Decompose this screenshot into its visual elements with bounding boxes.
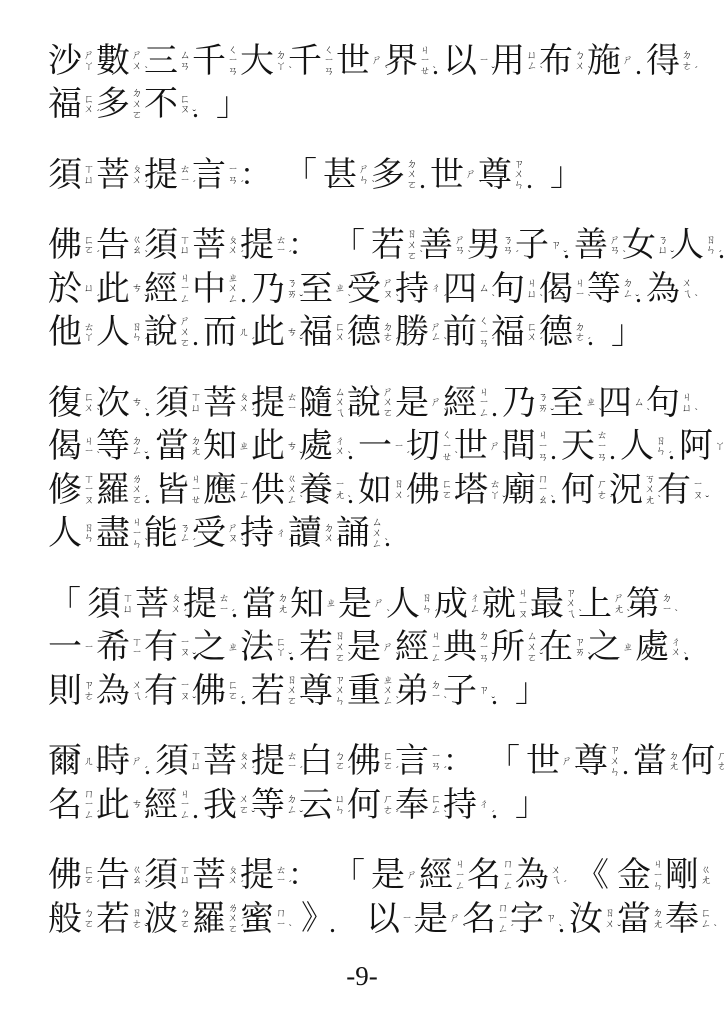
han-character: 上	[578, 588, 612, 622]
zhuyin-symbol: ㄟ	[132, 692, 143, 703]
zhuyin-symbol: ㄥ	[431, 333, 442, 344]
zhuyin-symbol: ㄥ	[180, 811, 191, 822]
zhuyin-annotation: ㄋㄢˊ	[502, 225, 514, 267]
zhuyin-annotation: ㄧㄡˇ	[179, 627, 191, 669]
han-character: 人	[48, 517, 82, 551]
ruby-char: 多ㄉㄨㄛ	[96, 84, 143, 126]
zhuyin-symbol: ㄛ	[527, 654, 538, 665]
zhuyin-symbol: ㄥ	[287, 496, 298, 507]
zhuyin-annotation: ㄊㄧˊ	[218, 584, 230, 626]
ruby-char: 佛ㄈㄛˊ	[192, 671, 239, 713]
tone-mark: ˇ	[251, 810, 255, 821]
ruby-char: 波ㄅㄛ	[144, 899, 191, 941]
ruby-char: 千ㄑㄧㄢ	[192, 41, 239, 83]
tone-mark: ˇ	[299, 451, 303, 462]
tone-mark: ˋ	[587, 294, 591, 305]
zhuyin-symbol: ㄧ	[431, 643, 442, 654]
zhuyin-annotation: ㄒㄩ	[190, 383, 202, 425]
zhuyin-annotation: ㄕㄡˋ	[227, 513, 239, 555]
zhuyin-annotation: ㄨㄟˊ	[131, 671, 143, 713]
han-character: 處	[299, 430, 333, 464]
han-character: 福	[299, 316, 333, 350]
zhuyin-annotation: ㄇㄧㄥˊ	[502, 855, 514, 897]
paragraph: 沙ㄕㄚ數ㄕㄨˋ三ㄙㄢ千ㄑㄧㄢ大ㄉㄚˋ千ㄑㄧㄢ世ㄕˋ界ㄐㄧㄝˋ.以ㄧˇ用ㄩㄥˋ布ㄅ…	[48, 40, 696, 127]
tone-mark: ˇ	[491, 696, 495, 707]
tone-mark: ˊ	[395, 766, 399, 777]
zhuyin-annotation: ㄗˇ	[550, 225, 562, 267]
zhuyin-symbol: ㄝ	[191, 496, 202, 507]
zhuyin-symbol: ㄟ	[551, 876, 562, 887]
ruby-char: 數ㄕㄨˋ	[96, 41, 143, 83]
zhuyin-annotation: ㄕˋ	[373, 584, 385, 626]
zhuyin-annotation: ㄐㄧㄝˋ	[419, 41, 431, 83]
ruby-char: 羅ㄌㄨㄛˊ	[192, 899, 239, 941]
ruby-char: 偈ㄐㄧˋ	[539, 269, 586, 311]
zhuyin-symbol: ㄤ	[653, 920, 664, 931]
zhuyin-symbol: ㄨ	[372, 529, 383, 540]
zhuyin-annotation: ㄧㄢˊ	[430, 741, 442, 783]
han-character: 之	[192, 631, 226, 665]
zhuyin-annotation: ㄗㄨㄣ	[513, 155, 525, 197]
ruby-char: 有ㄧㄡˇ	[144, 627, 191, 669]
zhuyin-symbol: ㄚ	[84, 62, 95, 73]
zhuyin-symbol: ㄤ	[278, 605, 289, 616]
ruby-char: 經ㄐㄧㄥ	[144, 269, 191, 311]
zhuyin-symbol: ㄥ	[372, 540, 383, 551]
zhuyin-annotation: ㄗㄨㄣ	[334, 671, 346, 713]
han-character: 波	[144, 903, 178, 937]
zhuyin-annotation: ㄗㄜˊ	[83, 671, 95, 713]
han-character: 重	[347, 675, 381, 709]
tone-mark: ˇ	[144, 451, 148, 462]
zhuyin-symbol: ㄨ	[228, 876, 239, 887]
zhuyin-symbol: ㄨ	[132, 100, 143, 111]
tone-mark: ˇ	[192, 109, 196, 120]
ruby-char: 提ㄊㄧˊ	[251, 741, 298, 783]
zhuyin-symbol: ㄛ	[132, 111, 143, 122]
zhuyin-annotation: ㄧㄡˇ	[179, 671, 191, 713]
han-character: 等	[251, 789, 285, 823]
zhuyin-symbol: ㄠ	[132, 246, 143, 257]
tone-mark: ˊ	[510, 924, 514, 935]
zhuyin-annotation: ㄏㄜˊ	[596, 470, 608, 512]
zhuyin-symbol: ㄓ	[335, 284, 346, 295]
zhuyin-symbol: ㄙ	[479, 284, 490, 295]
han-character: 汝	[569, 903, 603, 937]
han-character: 告	[96, 229, 130, 263]
han-character: 乃	[502, 387, 536, 421]
zhuyin-symbol: ㄧ	[394, 442, 405, 453]
zhuyin-annotation: ㄕˋ	[382, 627, 394, 669]
ruby-char: 提ㄊㄧˊ	[240, 855, 287, 897]
ruby-char: 人ㄖㄣˊ	[96, 312, 143, 354]
zhuyin-symbol: ㄣ	[656, 447, 667, 458]
zhuyin-symbol: ㄞ	[538, 404, 549, 415]
han-character: 佛	[48, 859, 82, 893]
zhuyin-annotation: ㄉㄥˇ	[622, 269, 634, 311]
zhuyin-symbol: ㄧ	[455, 871, 466, 882]
zhuyin-annotation: ㄧㄡˇ	[692, 470, 704, 512]
ruby-char: 若ㄖㄨㄛˋ	[251, 671, 298, 713]
zhuyin-symbol: ㄣ	[84, 534, 95, 545]
zhuyin-annotation: ㄓㄨㄥ	[227, 269, 239, 311]
zhuyin-annotation: ㄎㄨㄤˋ	[644, 470, 656, 512]
han-character: 德	[347, 316, 381, 350]
zhuyin-symbol: ㄩ	[180, 246, 191, 257]
tone-mark: ˋ	[419, 880, 423, 891]
zhuyin-symbol: ㄛ	[180, 339, 191, 350]
han-character: 善	[419, 229, 453, 263]
zhuyin-annotation: ㄑㄧㄝˋ	[441, 426, 453, 468]
zhuyin-symbol: ㄛ	[335, 762, 346, 773]
tone-mark: ˊ	[406, 451, 410, 462]
han-character: 勝	[395, 316, 429, 350]
ruby-char: 是ㄕˋ	[371, 855, 418, 897]
tone-mark: ˊ	[288, 538, 292, 549]
zhuyin-symbol: ㄛ	[180, 920, 191, 931]
zhuyin-symbol: ㄥ	[180, 295, 191, 306]
zhuyin-annotation: ㄨㄛˇ	[238, 785, 250, 827]
zhuyin-symbol: ㄛ	[84, 876, 95, 887]
ruby-char: 則ㄗㄜˊ	[48, 671, 95, 713]
zhuyin-annotation: ㄊㄧˊ	[286, 383, 298, 425]
text-line: 爾ㄦˇ時ㄕˊ.須ㄒㄩ菩ㄆㄨˊ提ㄊㄧˊ白ㄅㄛˊ佛ㄈㄛˊ言ㄧㄢˊ：「世ㄕˋ尊ㄗㄨㄣ.…	[48, 741, 696, 785]
ruby-char: 當ㄉㄤ	[242, 584, 289, 626]
zhuyin-annotation: ㄖㄣˊ	[421, 584, 433, 626]
zhuyin-symbol: ㄞ	[575, 648, 586, 659]
ruby-char: 男ㄋㄢˊ	[467, 225, 514, 267]
tone-mark: ˊ	[406, 495, 410, 506]
zhuyin-symbol: ㄜ	[717, 762, 724, 773]
tone-mark: ˋ	[384, 538, 388, 549]
han-character: 成	[434, 588, 468, 622]
zhuyin-annotation: ㄉㄨˊ	[323, 513, 335, 555]
han-character: 是	[371, 859, 405, 893]
han-character: 最	[530, 588, 564, 622]
han-character: 誦	[336, 517, 370, 551]
ruby-char: 弟ㄉㄧˋ	[395, 671, 442, 713]
han-character: 菩	[203, 745, 237, 779]
ruby-char: 能ㄋㄥˊ	[144, 513, 191, 555]
han-character: 得	[646, 45, 680, 79]
tone-mark: ˊ	[539, 337, 543, 348]
zhuyin-annotation: ㄊㄧˊ	[286, 741, 298, 783]
zhuyin-annotation: ㄕㄥˋ	[430, 312, 442, 354]
zhuyin-symbol: ㄧ	[287, 762, 298, 773]
han-character: 之	[587, 631, 621, 665]
tone-mark: ˋ	[646, 408, 650, 419]
zhuyin-symbol: ㄛ	[228, 692, 239, 703]
ruby-char: 阿ㄚ	[679, 426, 724, 468]
ruby-char: 佛ㄈㄛˊ	[48, 225, 95, 267]
ruby-char: 希ㄒㄧ	[96, 627, 143, 669]
zhuyin-annotation: ㄈㄨˊ	[334, 312, 346, 354]
punctuation-period: .	[192, 796, 203, 828]
tone-mark: ˇ	[539, 652, 543, 663]
ruby-char: 如ㄖㄨˊ	[358, 470, 405, 512]
zhuyin-symbol: ㄛ	[287, 697, 298, 708]
zhuyin-symbol: ㄩ	[191, 762, 202, 773]
zhuyin-symbol: ㄘ	[287, 328, 298, 339]
han-character: 男	[467, 229, 501, 263]
han-character: 福	[48, 88, 82, 122]
zhuyin-symbol: ㄥ	[431, 654, 442, 665]
tone-mark: ˋ	[144, 250, 148, 261]
ruby-char: 是ㄕˋ	[395, 383, 442, 425]
han-character: 當	[242, 588, 276, 622]
tone-mark: ˊ	[395, 810, 399, 821]
han-character: 法	[240, 631, 274, 665]
tone-mark: ˋ	[288, 66, 292, 77]
text-line: 般ㄅㄛ若ㄖㄜˇ波ㄅㄛ羅ㄌㄨㄛˊ蜜ㄇㄧˋ》.以ㄧˇ是ㄕˋ名ㄇㄧㄥˊ字ㄗˋ.汝ㄖㄨˇ…	[48, 898, 696, 942]
ruby-char: 廟ㄇㄧㄠˋ	[502, 470, 549, 512]
zhuyin-annotation: ㄋㄥˊ	[179, 513, 191, 555]
zhuyin-symbol: ㄥ	[239, 491, 250, 502]
zhuyin-symbol: ㄔ	[276, 529, 287, 540]
zhuyin-symbol: ㄢ	[503, 246, 514, 257]
han-character: 況	[609, 474, 643, 508]
han-character: 須	[144, 859, 178, 893]
zhuyin-annotation: ㄏㄜˊ	[716, 741, 724, 783]
han-character: 布	[539, 45, 573, 79]
ruby-char: 為ㄨㄟˊ	[96, 671, 143, 713]
zhuyin-symbol: ㄢ	[538, 453, 549, 464]
tone-mark: ˇ	[670, 250, 674, 261]
zhuyin-annotation: ㄦˇ	[83, 741, 95, 783]
zhuyin-symbol: ㄜ	[383, 806, 394, 817]
ruby-char: 當ㄉㄤ	[617, 899, 664, 941]
zhuyin-symbol: ㄢ	[479, 654, 490, 665]
zhuyin-symbol: ㄚ	[490, 491, 501, 502]
tone-mark: ˊ	[694, 66, 698, 77]
zhuyin-annotation: ㄗㄞˋ	[574, 627, 586, 669]
ruby-char: 須ㄒㄩ	[87, 584, 134, 626]
ruby-char: 之ㄓ	[587, 627, 634, 669]
han-character: 在	[539, 631, 573, 665]
tone-mark: ˋ	[674, 609, 678, 620]
ruby-char: 之ㄓ	[192, 627, 239, 669]
tone-mark: ˊ	[454, 495, 458, 506]
ruby-char: 成ㄔㄥˊ	[434, 584, 481, 626]
zhuyin-annotation: ㄖㄣˊ	[655, 426, 667, 468]
ruby-char: 有ㄧㄡˇ	[144, 671, 191, 713]
zhuyin-annotation: ㄒㄩ	[179, 855, 191, 897]
han-character: 切	[406, 430, 440, 464]
zhuyin-annotation: ㄉㄧˋ	[430, 671, 442, 713]
ruby-char: 何ㄏㄜˊ	[347, 785, 394, 827]
zhuyin-annotation: ㄔˊ	[478, 785, 490, 827]
ruby-char: 若ㄖㄨㄛˋ	[371, 225, 418, 267]
han-character: 盡	[96, 517, 130, 551]
zhuyin-symbol: ㄕ	[490, 442, 501, 453]
han-character: 提	[251, 745, 285, 779]
han-character: 子	[515, 229, 549, 263]
zhuyin-symbol: ㄨ	[84, 404, 95, 415]
tone-mark: ˋ	[491, 294, 495, 305]
zhuyin-symbol: ㄛ	[239, 806, 250, 817]
zhuyin-annotation: ㄈㄨˋ	[83, 383, 95, 425]
zhuyin-annotation: ㄖㄨˇ	[604, 899, 616, 941]
ruby-char: 於ㄩˊ	[48, 269, 95, 311]
zhuyin-annotation: ㄕˋ	[489, 426, 501, 468]
zhuyin-annotation: ㄋㄞˇ	[537, 383, 549, 425]
han-character: 而	[203, 316, 237, 350]
tone-mark: ˇ	[299, 294, 303, 305]
han-character: 復	[48, 387, 82, 421]
quote-open-bracket: 「	[48, 588, 74, 621]
zhuyin-symbol: ㄨ	[605, 920, 616, 931]
han-character: 希	[96, 631, 130, 665]
zhuyin-annotation: ㄖㄜˇ	[131, 899, 143, 941]
ruby-char: 養ㄧㄤˋ	[299, 470, 346, 512]
ruby-char: 等ㄉㄥˇ	[96, 426, 143, 468]
punctuation-period: .	[491, 394, 502, 426]
zhuyin-annotation: ㄖㄣˊ	[705, 225, 717, 267]
ruby-char: 福ㄈㄨˊ	[491, 312, 538, 354]
han-character: 德	[539, 316, 573, 350]
ruby-char: 名ㄇㄧㄥˊ	[467, 855, 514, 897]
han-character: 多	[96, 88, 130, 122]
han-character: 須	[155, 745, 189, 779]
page-number: -9-	[0, 960, 724, 992]
han-character: 說	[144, 316, 178, 350]
ruby-char: 菩ㄆㄨˊ	[192, 855, 239, 897]
zhuyin-symbol: ㄦ	[84, 757, 95, 768]
punctuation-period: .	[192, 323, 203, 355]
han-character: 是	[347, 631, 381, 665]
ruby-char: 當ㄉㄤ	[155, 426, 202, 468]
han-character: 善	[574, 229, 608, 263]
ruby-char: 間ㄐㄧㄢ	[502, 426, 549, 468]
ruby-char: 云ㄩㄣˊ	[299, 785, 346, 827]
zhuyin-annotation: ㄅㄛˊ	[334, 741, 346, 783]
punctuation-period: .	[329, 910, 340, 942]
ruby-char: 須ㄒㄩ	[144, 855, 191, 897]
tone-mark: ˋ	[622, 250, 626, 261]
zhuyin-symbol: ㄧ	[442, 442, 453, 453]
tone-mark: ˋ	[144, 66, 148, 77]
han-character: 為	[646, 273, 680, 307]
ruby-char: 塔ㄊㄚˇ	[454, 470, 501, 512]
zhuyin-symbol: ㄝ	[442, 453, 453, 464]
han-character: 沙	[48, 45, 82, 79]
zhuyin-symbol: ㄚ	[276, 62, 287, 73]
zhuyin-annotation: ㄕㄣˋ	[358, 155, 370, 197]
zhuyin-annotation: ㄅㄛ	[179, 899, 191, 941]
tone-mark: ˋ	[443, 408, 447, 419]
zhuyin-symbol: ㄢ	[228, 176, 239, 187]
zhuyin-annotation: ㄙㄨㄥˋ	[371, 513, 383, 555]
zhuyin-symbol: ㄡ	[693, 491, 704, 502]
zhuyin-symbol: ㄤ	[645, 496, 656, 507]
ruby-char: 以ㄧˇ	[366, 899, 413, 941]
ruby-char: 甚ㄕㄣˋ	[323, 155, 370, 197]
zhuyin-symbol: ㄨ	[407, 241, 418, 252]
zhuyin-symbol: ㄚ	[84, 333, 95, 344]
han-character: 多	[371, 159, 405, 193]
zhuyin-annotation: ㄇㄧㄠˋ	[537, 470, 549, 512]
zhuyin-annotation: ㄖㄨㄛˋ	[406, 225, 418, 267]
zhuyin-annotation: ㄓ	[238, 426, 250, 468]
zhuyin-annotation: ㄕㄨㄛ	[382, 383, 394, 425]
zhuyin-symbol: ㄢ	[597, 453, 608, 464]
han-character: 乃	[251, 273, 285, 307]
tone-mark: ˋ	[419, 250, 423, 261]
han-character: 子	[443, 675, 477, 709]
han-character: 則	[48, 675, 82, 709]
zhuyin-annotation: ㄧ	[83, 627, 95, 669]
ruby-char: 乃ㄋㄞˇ	[251, 269, 298, 311]
zhuyin-symbol: ㄞ	[287, 290, 298, 301]
ruby-char: 是ㄕˋ	[414, 899, 461, 941]
zhuyin-symbol: ㄡ	[180, 692, 191, 703]
zhuyin-annotation: ㄘˇ	[131, 785, 143, 827]
ruby-char: 天ㄊㄧㄢ	[561, 426, 608, 468]
zhuyin-annotation: ㄗㄨㄣ	[609, 741, 621, 783]
zhuyin-annotation: ㄊㄧㄢ	[596, 426, 608, 468]
ruby-char: 汝ㄖㄨˇ	[569, 899, 616, 941]
zhuyin-symbol: ㄧ	[479, 643, 490, 654]
ruby-char: 須ㄒㄩ	[144, 225, 191, 267]
tone-mark: ˊ	[299, 408, 303, 419]
zhuyin-annotation: ㄈㄥˋ	[430, 785, 442, 827]
tone-mark: ˊ	[443, 294, 447, 305]
ruby-char: 須ㄒㄩ	[155, 383, 202, 425]
zhuyin-annotation: ㄉㄜˊ	[574, 312, 586, 354]
text-line: 復ㄈㄨˋ次ㄘˋ.須ㄒㄩ菩ㄆㄨˊ提ㄊㄧˊ隨ㄙㄨㄟˊ說ㄕㄨㄛ是ㄕˋ經ㄐㄧㄥ.乃ㄋㄞˇ…	[48, 382, 696, 426]
tone-mark: ˇ	[144, 924, 148, 935]
ruby-char: 前ㄑㄧㄢˊ	[443, 312, 490, 354]
han-character: 是	[414, 903, 448, 937]
tone-mark: ˊ	[240, 924, 244, 935]
zhuyin-symbol: ㄢ	[228, 67, 239, 78]
zhuyin-symbol: ㄢ	[610, 246, 621, 257]
tone-mark: ˋ	[347, 652, 351, 663]
tone-mark: ˋ	[478, 180, 482, 191]
zhuyin-annotation: ㄐㄧㄡˋ	[517, 584, 529, 626]
zhuyin-symbol: ㄨ	[239, 404, 250, 415]
zhuyin-symbol: ㄥ	[383, 697, 394, 708]
zhuyin-symbol: ㄟ	[335, 409, 346, 420]
han-character: 字	[510, 903, 544, 937]
zhuyin-symbol: ㄨ	[527, 333, 538, 344]
zhuyin-symbol: ㄧ	[402, 914, 413, 925]
text-line: 人ㄖㄣˊ盡ㄐㄧㄣˋ能ㄋㄥˊ受ㄕㄡˋ持ㄔˊ讀ㄉㄨˊ誦ㄙㄨㄥˋ.	[48, 513, 696, 557]
tone-mark: ˋ	[386, 609, 390, 620]
zhuyin-symbol: ㄕ	[372, 56, 383, 67]
zhuyin-symbol: ㄡ	[180, 648, 191, 659]
zhuyin-symbol: ㄥ	[527, 62, 538, 73]
ruby-char: 名ㄇㄧㄥˊ	[48, 785, 95, 827]
zhuyin-symbol: ㄥ	[479, 409, 490, 420]
ruby-char: 女ㄋㄩˇ	[622, 225, 669, 267]
ruby-char: 隨ㄙㄨㄟˊ	[299, 383, 346, 425]
zhuyin-symbol: ㄟ	[682, 290, 693, 301]
zhuyin-symbol: ㄕ	[623, 56, 634, 67]
zhuyin-annotation: ㄅㄛ	[83, 899, 95, 941]
punctuation-period: .	[526, 166, 537, 198]
tone-mark: ˋ	[558, 924, 562, 935]
ruby-char: 子ㄗˇ	[443, 671, 490, 713]
ruby-char: 千ㄑㄧㄢ	[288, 41, 335, 83]
ruby-char: 蜜ㄇㄧˋ	[240, 899, 287, 941]
ruby-char: 何ㄏㄜˊ	[561, 470, 608, 512]
zhuyin-symbol: ㄕ	[132, 757, 143, 768]
han-character: 菩	[192, 859, 226, 893]
tone-mark: ˊ	[347, 408, 351, 419]
tone-mark: ˋ	[443, 696, 447, 707]
han-character: 就	[482, 588, 516, 622]
